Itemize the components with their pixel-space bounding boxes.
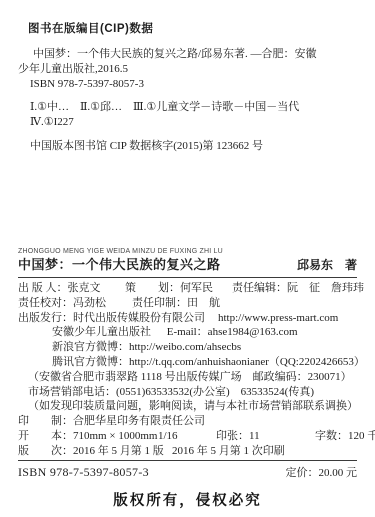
cip-subjects-line1: Ⅰ.①中… Ⅱ.①邱… Ⅲ.①儿童文学－诗歌－中国－当代 (18, 100, 357, 115)
imprint-block: 出 版 人：张克文 策 划：何军民 责任编辑：阮 征 詹玮玮 责任校对：冯劲松 … (18, 281, 357, 459)
isbn-price-row: ISBN 978-7-5397-8057-3 定价：20.00 元 (18, 464, 357, 481)
cip-header: 图书在版编目(CIP)数据 (28, 22, 357, 37)
format-size: 开 本：710mm × 1000mm (18, 429, 158, 444)
copyright-page: 图书在版编目(CIP)数据 中国梦：一个伟大民族的复兴之路/邱易东著. —合肥：… (0, 0, 375, 517)
format-fraction: 1/16 (158, 429, 216, 444)
price: 定价：20.00 元 (286, 465, 358, 481)
printed-sheets: 印张：11 (216, 429, 315, 444)
title-block: ZHONGGUO MENG YIGE WEIDA MINZU DE FUXING… (18, 247, 357, 278)
press-address: （安徽省合肥市翡翠路 1118 号出版传媒广场 邮政编码：230071） (18, 370, 357, 385)
copyright-notice: 版权所有，侵权必究 (18, 489, 357, 510)
press-name: 安徽少年儿童出版社 (52, 326, 151, 338)
publisher-url: http://www.press-mart.com (218, 311, 338, 326)
author-name: 邱易东 著 (297, 257, 357, 274)
edition-line: 版 次：2016 年 5 月第 1 版 2016 年 5 月第 1 次印刷 (18, 444, 357, 459)
cip-record-number: 中国版本图书馆 CIP 数据核字(2015)第 123662 号 (18, 139, 357, 154)
proofreader: 责任校对：冯劲松 (18, 296, 132, 311)
cip-block: 图书在版编目(CIP)数据 中国梦：一个伟大民族的复兴之路/邱易东著. —合肥：… (18, 22, 357, 154)
edition: 版 次：2016 年 5 月第 1 版 (18, 444, 172, 459)
impression: 2016 年 5 月第 1 次印刷 (172, 444, 285, 459)
title-pinyin: ZHONGGUO MENG YIGE WEIDA MINZU DE FUXING… (18, 247, 357, 256)
cip-entry-line2: 少年儿童出版社,2016.5 (18, 62, 357, 77)
quality-note: （如发现印装质量问题，影响阅读，请与本社市场营销部联系调换） (18, 399, 357, 414)
title-divider-rule (18, 277, 357, 278)
book-title: 中国梦：一个伟大民族的复兴之路 (18, 256, 221, 273)
press-email: E-mail：ahse1984@163.com (167, 326, 298, 338)
publisher-line: 出版发行：时代出版传媒股份有限公司 http://www.press-mart.… (18, 311, 357, 326)
cip-entry-line1: 中国梦：一个伟大民族的复兴之路/邱易东著. —合肥：安徽 (18, 47, 357, 62)
weibo-sina-line: 新浪官方微博：http://weibo.com/ahsecbs (18, 340, 357, 355)
staff-row-2: 责任校对：冯劲松 责任印制：田 航 (18, 296, 357, 311)
marketing-phone: 市场营销部电话：(0551)63533532(办公室) 63533524(传真) (18, 385, 357, 400)
word-count: 字数：120 千字 (315, 429, 375, 444)
responsible-editor: 责任编辑：阮 征 詹玮玮 (232, 281, 364, 296)
isbn-bottom: ISBN 978-7-5397-8057-3 (18, 464, 149, 480)
weibo-tencent-line: 腾讯官方微博：http://t.qq.com/anhuishaonianer（Q… (18, 355, 357, 370)
press-line: 安徽少年儿童出版社 E-mail：ahse1984@163.com (18, 325, 357, 340)
cip-isbn: ISBN 978-7-5397-8057-3 (18, 77, 357, 92)
print-supervisor: 责任印制：田 航 (132, 296, 220, 311)
staff-row-1: 出 版 人：张克文 策 划：何军民 责任编辑：阮 征 詹玮玮 (18, 281, 357, 296)
cip-subjects-line2: Ⅳ.①I227 (18, 115, 357, 130)
publisher-name: 出版发行：时代出版传媒股份有限公司 (18, 311, 218, 326)
planner: 策 划：何军民 (125, 281, 232, 296)
printer-line: 印 制：合肥华星印务有限责任公司 (18, 414, 357, 429)
publisher-person: 出 版 人：张克文 (18, 281, 125, 296)
footer-divider-rule (18, 460, 357, 461)
format-line: 开 本：710mm × 1000mm 1/16 印张：11 字数：120 千字 (18, 429, 357, 444)
